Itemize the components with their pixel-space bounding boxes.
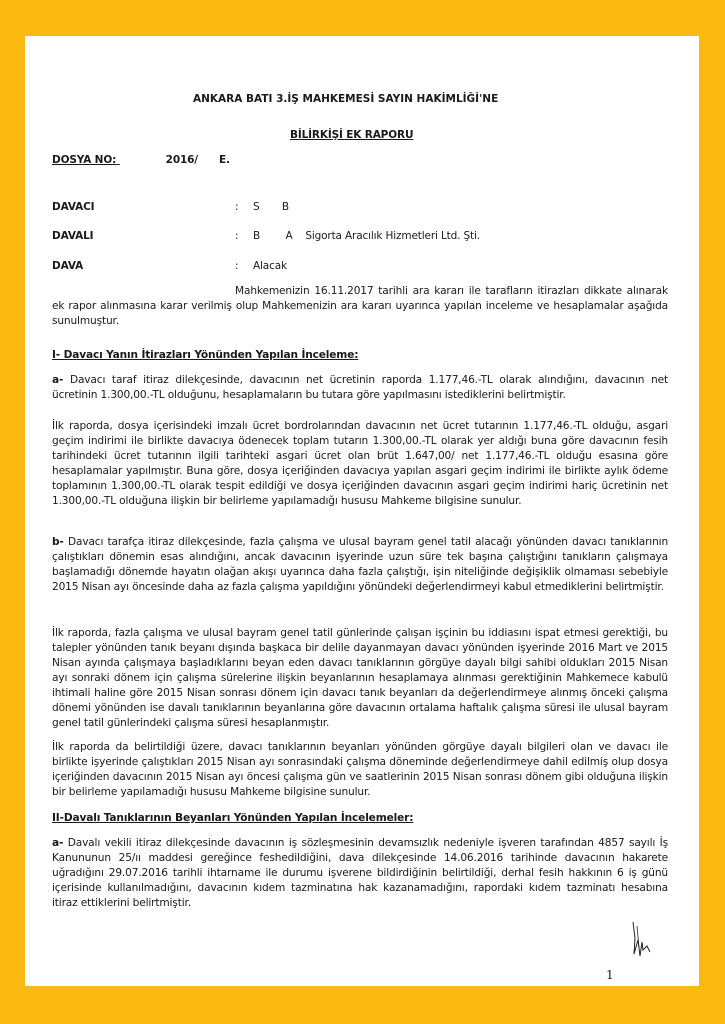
section1-item-b-reply2: İlk raporda da belirtildiği üzere, davac…: [52, 740, 668, 800]
item-marker: a-: [52, 837, 63, 849]
signature-icon: [629, 920, 655, 960]
intro-paragraph: Mahkemenizin 16.11.2017 tarihli ara kara…: [52, 284, 668, 329]
section1-item-a-reply: İlk raporda, dosya içerisindeki imzalı ü…: [52, 419, 668, 509]
court-title: ANKARA BATI 3.İŞ MAHKEMESİ SAYIN HAKİMLİ…: [193, 92, 498, 107]
party-defendant: DAVALI:B A Sigorta Aracılık Hizmetleri L…: [52, 229, 480, 244]
item-text: Davacı taraf itiraz dilekçesinde, davacı…: [52, 374, 668, 401]
party-value: S B: [253, 201, 289, 213]
section1-heading: I- Davacı Yanın İtirazları Yönünden Yapı…: [52, 348, 358, 363]
file-number-value: 2016/ E.: [166, 153, 230, 168]
item-text: Davacı tarafça itiraz dilekçesinde, fazl…: [52, 536, 668, 593]
page-number: 1: [606, 968, 614, 982]
party-case: DAVA:Alacak: [52, 259, 287, 274]
section1-item-b: b- Davacı tarafça itiraz dilekçesinde, f…: [52, 535, 668, 595]
section2-heading: II-Davalı Tanıklarının Beyanları Yönünde…: [52, 811, 413, 826]
party-label: DAVACI: [52, 200, 235, 215]
party-value: Alacak: [253, 260, 287, 272]
file-number-label: DOSYA NO:: [52, 154, 116, 166]
party-colon: :: [235, 259, 253, 274]
section2-item-a: a- Davalı vekili itiraz dilekçesinde dav…: [52, 836, 668, 911]
party-value: B A Sigorta Aracılık Hizmetleri Ltd. Şti…: [253, 230, 480, 242]
party-label: DAVA: [52, 259, 235, 274]
report-subtitle: BİLİRKİŞİ EK RAPORU: [290, 128, 413, 143]
item-text: Davalı vekili itiraz dilekçesinde davacı…: [52, 837, 668, 909]
item-marker: a-: [52, 374, 63, 386]
file-number-line: DOSYA NO: 2016/ E.: [52, 153, 230, 168]
party-colon: :: [235, 200, 253, 215]
party-label: DAVALI: [52, 229, 235, 244]
party-plaintiff: DAVACI:S B: [52, 200, 289, 215]
document-page: ANKARA BATI 3.İŞ MAHKEMESİ SAYIN HAKİMLİ…: [25, 36, 699, 986]
item-marker: b-: [52, 536, 64, 548]
section1-item-b-reply1: İlk raporda, fazla çalışma ve ulusal bay…: [52, 626, 668, 731]
party-colon: :: [235, 229, 253, 244]
section1-item-a: a- Davacı taraf itiraz dilekçesinde, dav…: [52, 373, 668, 403]
